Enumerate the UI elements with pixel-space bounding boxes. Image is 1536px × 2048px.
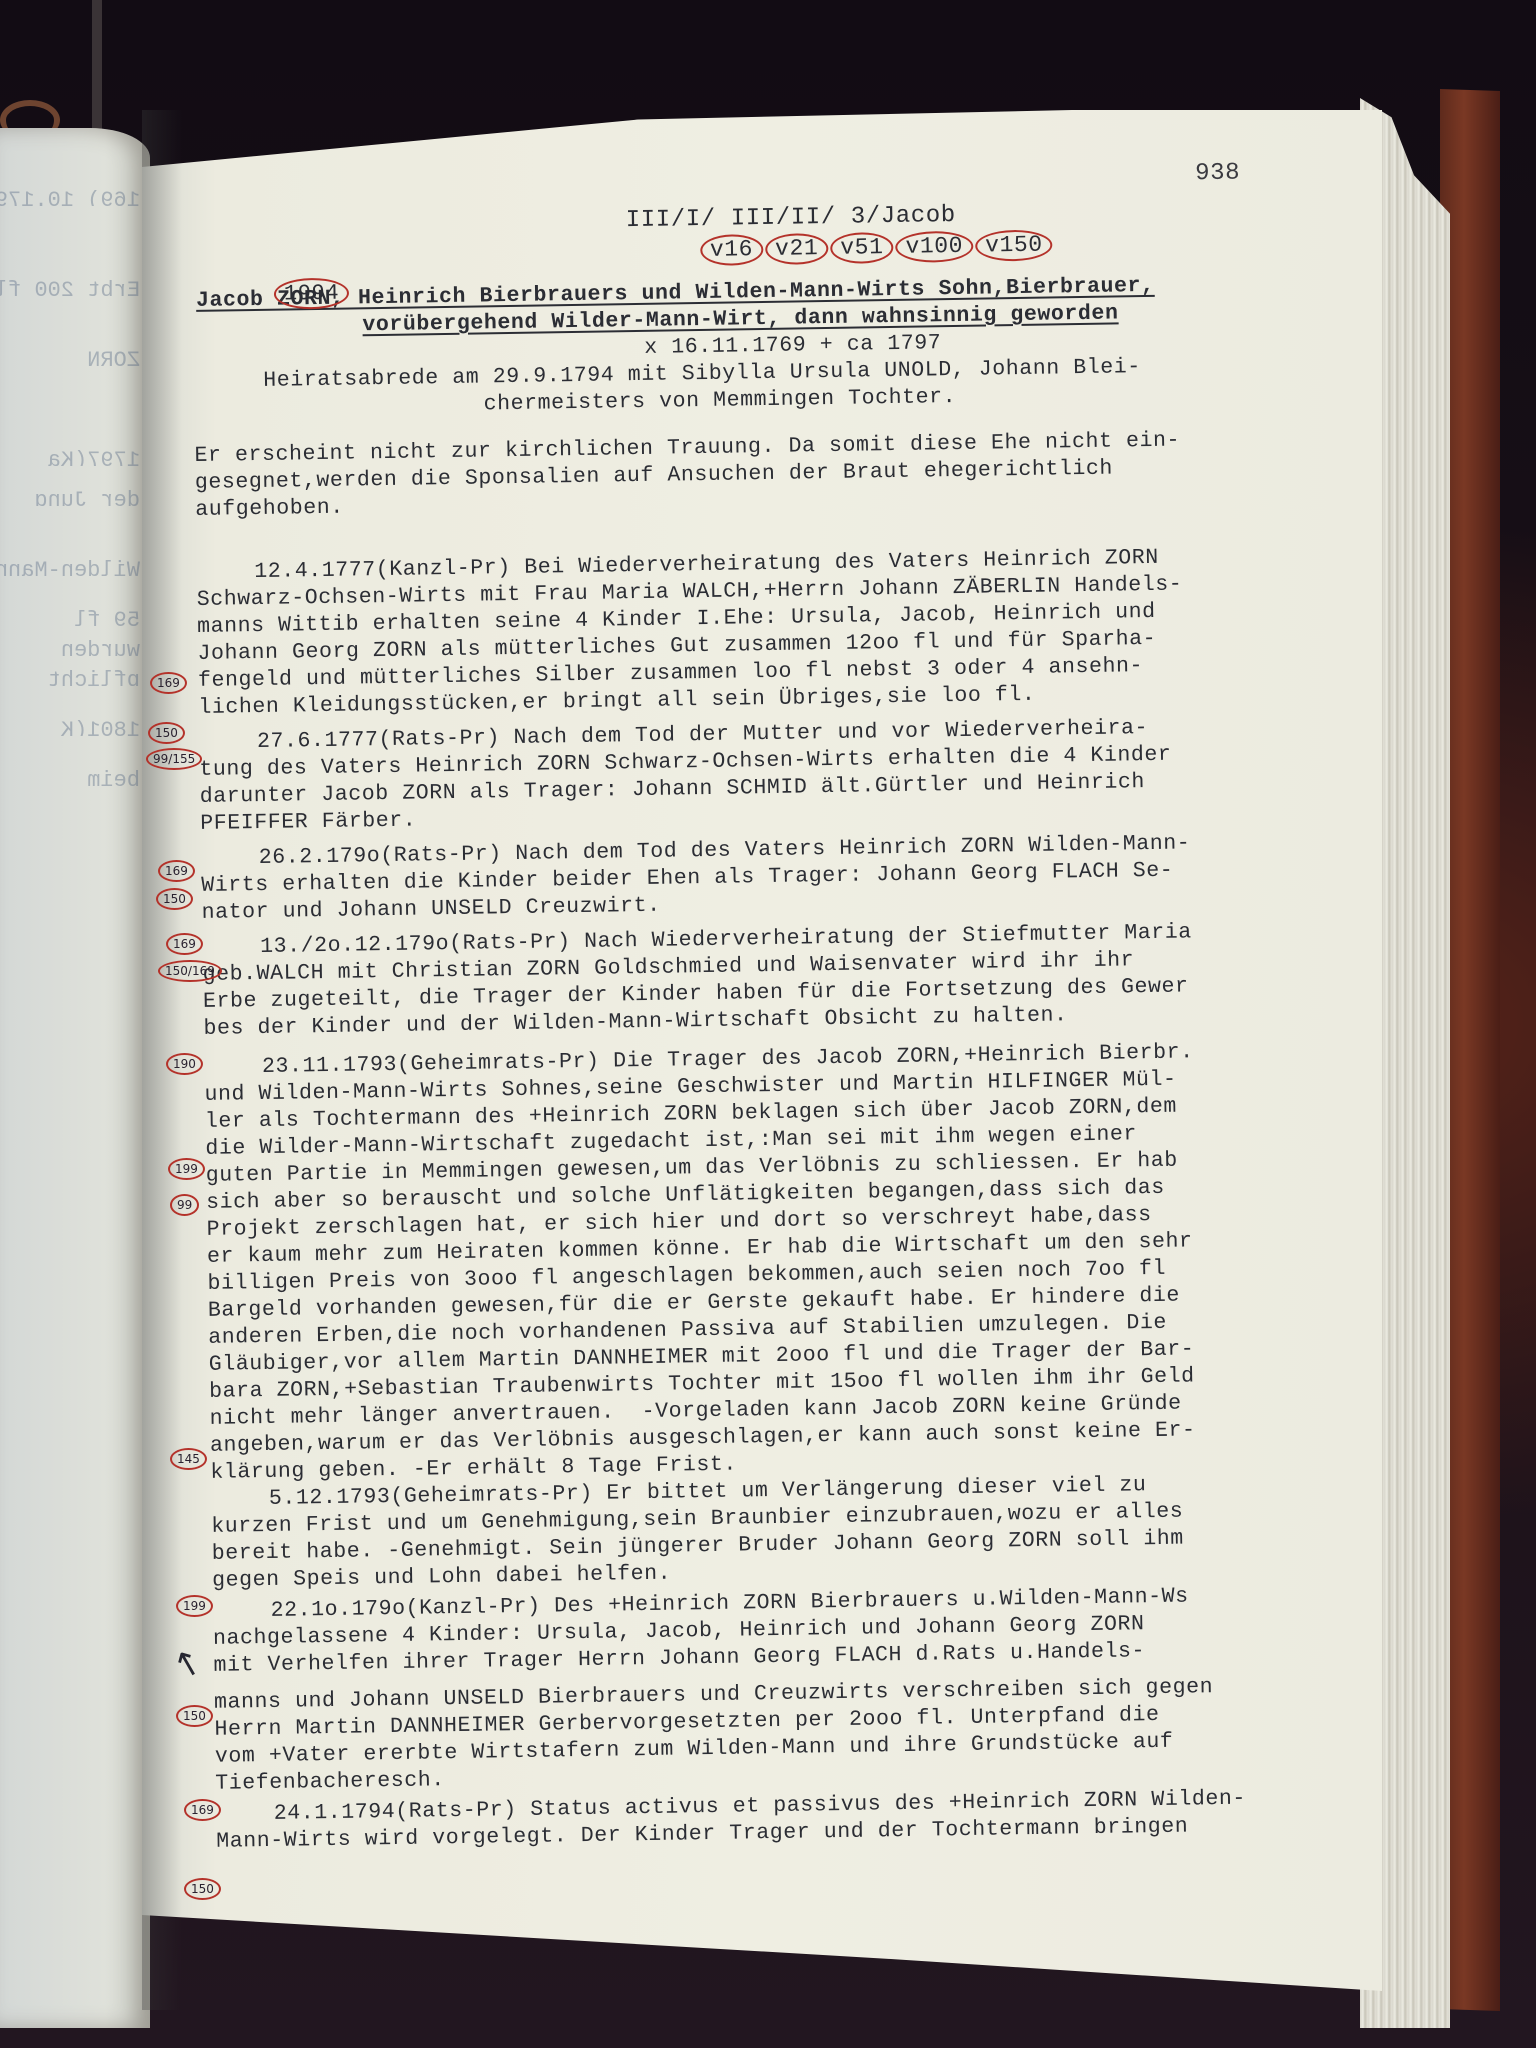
entry-number: 1994: [274, 278, 350, 310]
volume-ref: v100: [895, 231, 973, 263]
page-content: 938 III/I/ III/II/ 3/Jacob v16 v21 v51 v…: [190, 151, 1416, 1856]
volume-ref: v21: [765, 233, 829, 265]
margin-mark: 145: [170, 1448, 207, 1470]
margin-mark: 99: [170, 1194, 199, 1216]
facing-ghost-line: Erbt 200 fl: [0, 278, 140, 296]
margin-mark: 199: [168, 1158, 205, 1180]
facing-ghost-line: beim: [0, 768, 140, 786]
facing-ghost-line: Wilden-Mann: [0, 558, 140, 576]
margin-mark: 150/169: [158, 960, 222, 982]
margin-mark: 169: [184, 1799, 221, 1821]
volume-ref: v16: [700, 234, 764, 266]
margin-mark: 169: [158, 860, 195, 882]
facing-ghost-line: ZORN: [0, 348, 140, 366]
margin-mark: 190: [166, 1053, 203, 1075]
facing-ghost-line: der Jung: [0, 488, 140, 506]
margin-mark: 150: [148, 722, 185, 744]
facing-ghost-line: 1797(Ka: [0, 448, 140, 466]
margin-mark: 99/155: [146, 748, 202, 770]
facing-ghost-line: pflicht: [0, 668, 140, 686]
facing-ghost-line: 1801(K: [0, 718, 140, 736]
margin-mark: 199: [176, 1595, 213, 1617]
facing-ghost-line: wurden: [0, 638, 140, 656]
margin-mark: 150: [184, 1878, 221, 1900]
margin-mark: 150: [156, 888, 193, 910]
margin-mark: 150: [176, 1705, 213, 1727]
volume-ref: v150: [975, 229, 1053, 261]
facing-ghost-line: 59 fl: [0, 608, 140, 626]
facing-page: 169) 10.1795(Ka Erbt 200 fl ZORN 1797(Ka…: [0, 128, 150, 2028]
margin-mark: 169: [166, 933, 203, 955]
facing-ghost-line: 169) 10.1795(Ka: [0, 188, 140, 206]
margin-mark: 169: [150, 672, 187, 694]
volume-ref: v51: [830, 232, 894, 264]
page-number: 938: [1195, 160, 1240, 188]
